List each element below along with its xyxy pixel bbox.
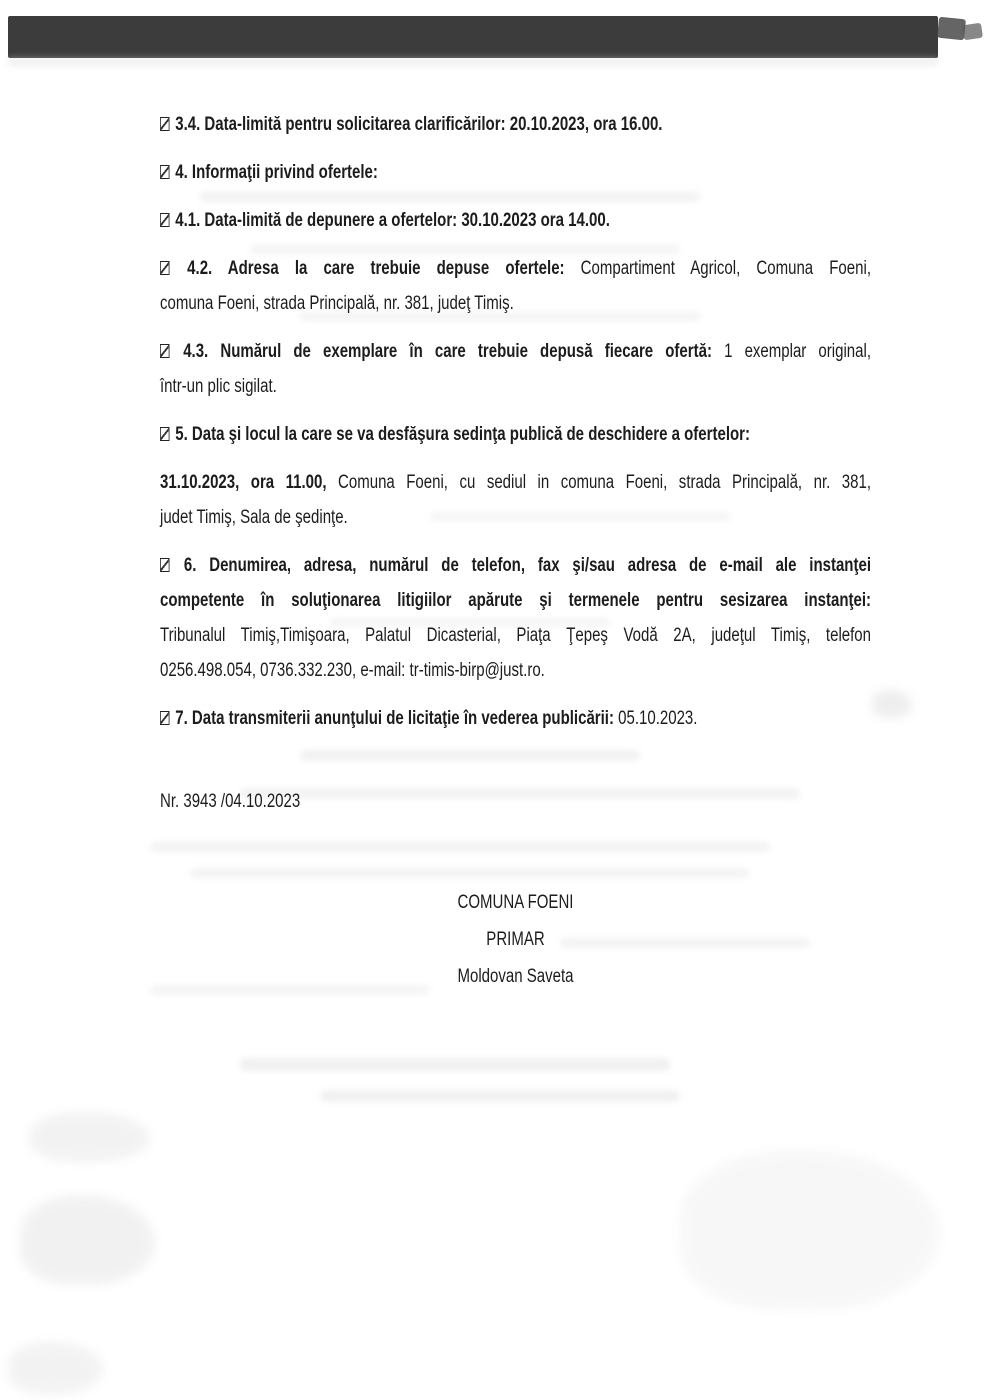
text-line: 0256.498.054, 0736.332.230, e-mail: tr-t… <box>160 653 871 688</box>
text-line: 7. Data transmiterii anunţului de licita… <box>160 701 871 736</box>
missing-glyph-icon <box>160 261 169 275</box>
text-segment: 0256.498.054, 0736.332.230, e-mail: tr-t… <box>160 660 545 681</box>
bold-text-segment: 5. Data şi locul la care se va desfăşura… <box>171 424 750 445</box>
text-segment: Tribunalul Timiş,Timişoara, Palatul Dica… <box>160 625 871 646</box>
bold-text-segment: 6. Denumirea, adresa, numărul de telefon… <box>171 555 871 576</box>
bold-text-segment: 7. Data transmiterii anunţului de licita… <box>171 708 614 729</box>
scanner-dark-band <box>8 16 938 58</box>
paragraph-submission-address: 4.2. Adresa la care trebuie depuse ofert… <box>160 251 990 321</box>
missing-glyph-icon <box>160 213 169 227</box>
scanned-document-page: 3.4. Data-limită pentru solicitarea clar… <box>0 0 990 1400</box>
paragraph-clarification-deadline: 3.4. Data-limită pentru solicitarea clar… <box>160 107 990 142</box>
reference-number: Nr. 3943 /04.10.2023 <box>160 784 871 819</box>
paragraph-court-info: 6. Denumirea, adresa, numărul de telefon… <box>160 548 990 688</box>
scan-artifact <box>20 1195 155 1285</box>
missing-glyph-icon <box>160 711 169 725</box>
missing-glyph-icon <box>160 165 169 179</box>
text-line: 3.4. Data-limită pentru solicitarea clar… <box>160 107 871 142</box>
missing-glyph-icon <box>160 427 169 441</box>
document-content: 3.4. Data-limită pentru solicitarea clar… <box>160 107 990 995</box>
paragraph-submission-deadline: 4.1. Data-limită de depunere a ofertelor… <box>160 203 990 238</box>
paragraph-offers-info-heading: 4. Informaţii privind ofertele: <box>160 155 990 190</box>
text-segment: 05.10.2023. <box>614 708 697 729</box>
signature-name: Moldovan Saveta <box>160 958 871 995</box>
text-segment: 1 exemplar original, <box>712 341 871 362</box>
scan-artifact <box>240 1058 670 1071</box>
bold-text-segment: 4. Informaţii privind ofertele: <box>171 162 378 183</box>
text-line: competente în soluţionarea litigiilor ap… <box>160 583 871 618</box>
scan-artifact <box>8 1342 103 1394</box>
bold-text-segment: 31.10.2023, ora 11.00, <box>160 472 327 493</box>
missing-glyph-icon <box>160 117 169 131</box>
signature-block: COMUNA FOENI PRIMAR Moldovan Saveta <box>160 884 990 995</box>
bold-text-segment: 3.4. Data-limită pentru solicitarea clar… <box>171 114 662 135</box>
text-segment: Compartiment Agricol, Comuna Foeni, <box>565 258 871 279</box>
text-line: comuna Foeni, strada Principală, nr. 381… <box>160 286 871 321</box>
scan-artifact <box>320 1090 680 1102</box>
paragraph-opening-session-details: 31.10.2023, ora 11.00, Comuna Foeni, cu … <box>160 465 990 535</box>
paragraph-opening-session-heading: 5. Data şi locul la care se va desfăşura… <box>160 417 990 452</box>
text-line: Tribunalul Timiş,Timişoara, Palatul Dica… <box>160 618 871 653</box>
bold-text-segment: 4.1. Data-limită de depunere a ofertelor… <box>171 210 610 231</box>
text-segment: judet Timiş, Sala de şedinţe. <box>160 507 348 528</box>
missing-glyph-icon <box>160 344 169 358</box>
signature-title: PRIMAR <box>160 921 871 958</box>
scan-artifact <box>30 1112 150 1162</box>
missing-glyph-icon <box>160 558 169 572</box>
paragraph-publication-date: 7. Data transmiterii anunţului de licita… <box>160 701 990 736</box>
paragraph-number-of-copies: 4.3. Numărul de exemplare în care trebui… <box>160 334 990 404</box>
text-line: 6. Denumirea, adresa, numărul de telefon… <box>160 548 871 583</box>
text-line: într-un plic sigilat. <box>160 369 871 404</box>
bold-text-segment: competente în soluţionarea litigiilor ap… <box>160 590 871 611</box>
text-segment: Comuna Foeni, cu sediul in comuna Foeni,… <box>327 472 871 493</box>
text-segment: într-un plic sigilat. <box>160 376 277 397</box>
signature-organization: COMUNA FOENI <box>160 884 871 921</box>
text-line: 5. Data şi locul la care se va desfăşura… <box>160 417 871 452</box>
text-segment: comuna Foeni, strada Principală, nr. 381… <box>160 293 514 314</box>
text-line: 4. Informaţii privind ofertele: <box>160 155 871 190</box>
bold-text-segment: 4.3. Numărul de exemplare în care trebui… <box>171 341 712 362</box>
text-line: 4.1. Data-limită de depunere a ofertelor… <box>160 203 871 238</box>
text-line: 31.10.2023, ora 11.00, Comuna Foeni, cu … <box>160 465 871 500</box>
text-line: 4.3. Numărul de exemplare în care trebui… <box>160 334 871 369</box>
scanner-band-fragment <box>962 23 983 40</box>
document-body: 3.4. Data-limită pentru solicitarea clar… <box>160 107 990 736</box>
scan-artifact <box>680 1150 940 1310</box>
bold-text-segment: 4.2. Adresa la care trebuie depuse ofert… <box>171 258 564 279</box>
text-line: 4.2. Adresa la care trebuie depuse ofert… <box>160 251 871 286</box>
text-line: judet Timiş, Sala de şedinţe. <box>160 500 871 535</box>
scanner-band-shadow <box>8 57 938 66</box>
